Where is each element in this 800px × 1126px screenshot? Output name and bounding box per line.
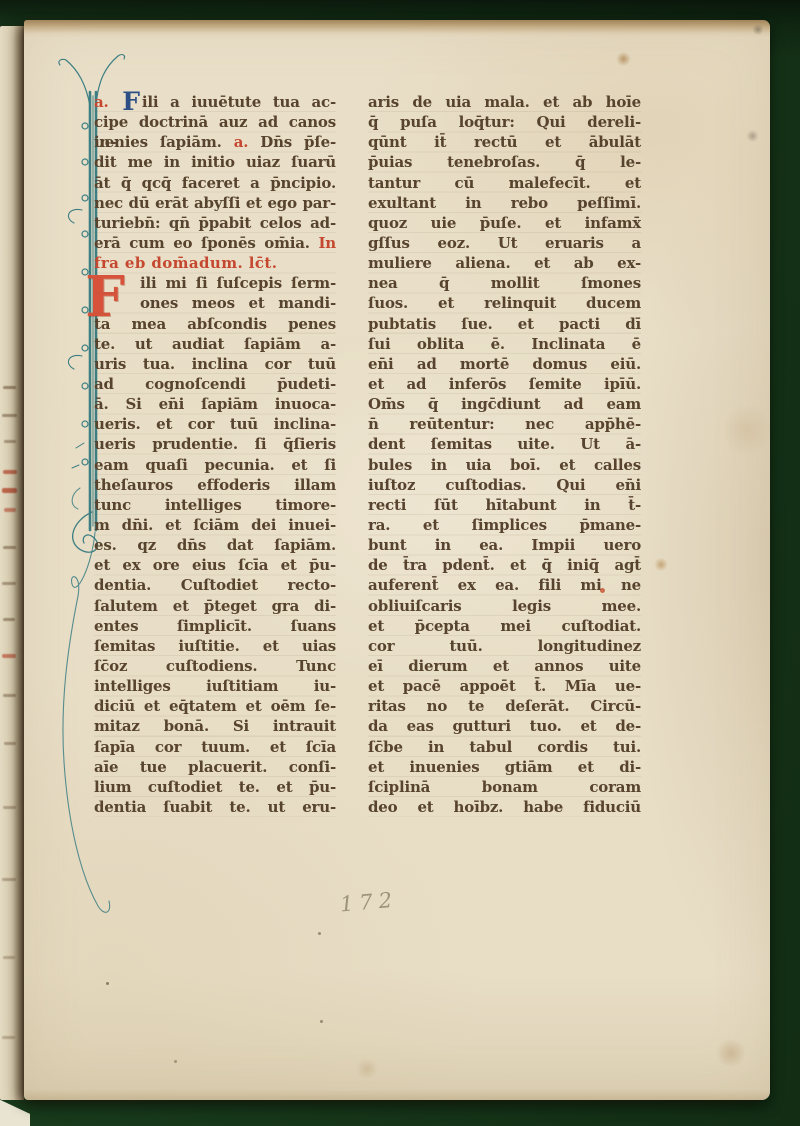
manuscript-text-line: q̄ puſa loq̄tur: Qui dereli- (368, 112, 641, 132)
body-text: ſemitas iuſtitie. et uias (94, 637, 336, 655)
stain-spot (746, 130, 759, 142)
manuscript-page: F a. Fili a iuuētute tua ac-cipe doctrin… (24, 20, 770, 1100)
body-text: tantur cū malefecīt. et (368, 174, 641, 192)
body-text: et pacē appoēt t̄. Mīa ue- (368, 677, 641, 695)
manuscript-text-line: gſſus eoz. Ut eruaris a (368, 233, 641, 253)
bleed-mark (2, 414, 17, 417)
manuscript-text-line: eam quaſi pecunia. et ſi (94, 455, 336, 475)
body-text: ritas no te deſerāt. Circū- (368, 697, 641, 715)
manuscript-text-line: ſemitas iuſtitie. et uias (94, 636, 336, 656)
manuscript-text-line: m dn̄i. et ſciām dei inuei- (94, 515, 336, 535)
body-text: eam quaſi pecunia. et ſi (94, 456, 336, 474)
body-text: nea q̄ mollit ſmones (368, 274, 641, 292)
bleed-mark (3, 546, 16, 549)
stain-spot (714, 1040, 748, 1066)
bleed-mark (4, 742, 16, 745)
ink-speck (106, 982, 109, 985)
manuscript-text-line: intelliges iuſtitiam iu- (94, 676, 336, 696)
manuscript-text-line: aīe tue placuerit. conſi- (94, 757, 336, 777)
stain-spot (616, 52, 631, 66)
body-text: tunc intelliges timore- (94, 496, 336, 514)
manuscript-text-line: obliuiſcaris legis mee. (368, 596, 641, 616)
manuscript-text-line: eī dierum et annos uite (368, 656, 641, 676)
body-text: dent ſemitas uite. Ut ā- (368, 435, 641, 453)
body-text: erā cum eo ſponēs om̄ia. (94, 234, 318, 252)
bleed-mark (3, 956, 15, 959)
manuscript-text-line: ſalutem et p̄teget gra di- (94, 596, 336, 616)
manuscript-text-line: ritas no te deſerāt. Circū- (368, 696, 641, 716)
rubric-text: a. (234, 133, 261, 151)
manuscript-text-line: recti ſūt hītabunt in t̄- (368, 495, 641, 515)
body-text: dentia ſuabit te. ut eru- (94, 798, 336, 816)
body-text: entes ſimplicīt. ſuans (94, 617, 336, 635)
body-text: bules in uia boī. et calles (368, 456, 641, 474)
body-text: ones meos et mandi- (140, 294, 336, 312)
body-text: quoz uie p̄uſe. et infamx̄ (368, 214, 641, 232)
bleed-mark (2, 654, 16, 658)
body-text: iuſtoz cuſtodias. Qui en̄i (368, 476, 641, 494)
manuscript-text-line: fra eb dom̄adum. lc̄t. (94, 253, 336, 273)
body-text: et p̄cepta mei cuſtodiat. (368, 617, 641, 635)
manuscript-text-line: cipe doctrinā auz ad canos in- (94, 112, 336, 132)
manuscript-text-line: da eas gutturi tuo. et de- (368, 716, 641, 736)
body-text: exultant in rebo peſſimī. (368, 194, 641, 212)
body-text: n̄ reūtentur: nec app̄hē- (368, 415, 641, 433)
manuscript-text-line: bunt in ea. Impii uero (368, 535, 641, 555)
body-text: et ad inferōs ſemite ipīū. (368, 375, 641, 393)
manuscript-text-line: cor tuū. longitudinez (368, 636, 641, 656)
ink-speck (320, 1020, 323, 1023)
manuscript-text-line: ſc̄be in tabul cordis tui. (368, 737, 641, 757)
body-text: aīe tue placuerit. conſi- (94, 758, 336, 776)
body-text: diciū et eq̄tatem et oēm ſe- (94, 697, 336, 715)
bleed-mark (3, 470, 17, 474)
body-text: ueris. et cor tuū inclina- (94, 415, 336, 433)
body-text: et inuenies gtiām et di- (368, 758, 641, 776)
manuscript-text-line: ili mi ſi ſuſcepis ſerm- (94, 273, 336, 293)
body-text: nec dū erāt abyſſi et ego par- (94, 194, 336, 212)
manuscript-photo: F a. Fili a iuuētute tua ac-cipe doctrin… (0, 0, 800, 1126)
body-text: q̄ puſa loq̄tur: Qui dereli- (368, 113, 641, 131)
manuscript-text-line: a. Fili a iuuētute tua ac- (94, 92, 336, 112)
manuscript-text-line: nec dū erāt abyſſi et ego par- (94, 193, 336, 213)
body-text: ſapīa cor tuum. et ſcīa (94, 738, 336, 756)
body-text: ā. Si en̄i ſapiām inuoca- (94, 395, 336, 413)
ink-speck (318, 932, 321, 935)
body-text: ſuos. et relinquit ducem (368, 294, 641, 312)
body-text: da eas gutturi tuo. et de- (368, 717, 641, 735)
manuscript-text-line: ad cognoſcendi p̄udeti- (94, 374, 336, 394)
body-text: dit me in initio uiaz ſuarū (94, 153, 336, 171)
facing-page-edge (0, 26, 24, 1100)
manuscript-text-line: tantur cū malefecīt. et (368, 173, 641, 193)
text-column-right: aris de uia mala. et ab hoīeq̄ puſa loq̄… (368, 92, 641, 817)
manuscript-text-line: Om̄s q̄ ingc̄diunt ad eam (368, 394, 641, 414)
bleed-mark (2, 878, 16, 881)
body-text: recti ſūt hītabunt in t̄- (368, 496, 641, 514)
body-text: muliere aliena. et ab ex- (368, 254, 641, 272)
stain-spot (600, 588, 605, 593)
body-text: ſalutem et p̄teget gra di- (94, 597, 336, 615)
manuscript-text-line: deo et hoībz. habe fiduciū (368, 797, 641, 817)
manuscript-text-line: qūnt it̄ rectū et ābulāt (368, 132, 641, 152)
bleed-mark (3, 618, 15, 621)
manuscript-text-line: ſuos. et relinquit ducem (368, 293, 641, 313)
manuscript-text-line: aris de uia mala. et ab hoīe (368, 92, 641, 112)
page-top-edge-stain (24, 20, 770, 33)
bleed-mark (3, 694, 16, 697)
body-text: m dn̄i. et ſciām dei inuei- (94, 516, 336, 534)
body-text: āt q̄ qcq̄ faceret a p̄ncipio. (94, 174, 336, 192)
bleed-mark (3, 386, 16, 389)
body-text: ili mi ſi ſuſcepis ſerm- (140, 274, 336, 292)
body-text: Dn̄s p̄ſe- (260, 133, 336, 151)
manuscript-text-line: ta mea abſcondis penes (94, 314, 336, 334)
ink-speck (174, 1060, 177, 1063)
manuscript-text-line: turiebn̄: qn̄ p̄pabit celos ad- (94, 213, 336, 233)
body-text: mitaz bonā. Si intrauit (94, 717, 336, 735)
stain-spot (752, 24, 764, 35)
manuscript-text-line: entes ſimplicīt. ſuans (94, 616, 336, 636)
manuscript-text-line: n̄ reūtentur: nec app̄hē- (368, 414, 641, 434)
manuscript-text-line: ra. et ſimplices p̄mane- (368, 515, 641, 535)
manuscript-text-line: dit me in initio uiaz ſuarū (94, 152, 336, 172)
manuscript-text-line: ones meos et mandi- (94, 293, 336, 313)
manuscript-text-line: quoz uie p̄uſe. et infamx̄ (368, 213, 641, 233)
body-text: ſc̄oz cuſtodiens. Tunc (94, 657, 336, 675)
manuscript-text-line: en̄i ad mortē domus eiū. (368, 354, 641, 374)
manuscript-text-line: dentia. Cuſtodiet recto- (94, 575, 336, 595)
manuscript-text-line: de t̄ra pdent̄. et q̄ iniq̄ agt̄ (368, 555, 641, 575)
body-text: uenies ſapiām. (94, 133, 234, 151)
manuscript-text-line: pubtatis ſue. et pacti dī (368, 314, 641, 334)
manuscript-text-line: dentia ſuabit te. ut eru- (94, 797, 336, 817)
manuscript-text-line: theſauros effoderis illam (94, 475, 336, 495)
body-text: et ex ore eius ſcīa et p̄u- (94, 556, 336, 574)
folio-number-pencil: 172 (339, 888, 399, 917)
stain-spot (654, 558, 668, 571)
manuscript-text-line: p̄uias tenebroſas. q̄ le- (368, 152, 641, 172)
body-text: turiebn̄: qn̄ p̄pabit celos ad- (94, 214, 336, 232)
manuscript-text-line: mitaz bonā. Si intrauit (94, 716, 336, 736)
manuscript-text-line: et ex ore eius ſcīa et p̄u- (94, 555, 336, 575)
rubric-text: a. (94, 93, 120, 111)
manuscript-text-line: iuſtoz cuſtodias. Qui en̄i (368, 475, 641, 495)
text-column-left: a. Fili a iuuētute tua ac-cipe doctrinā … (94, 92, 336, 817)
body-text: ili a iuuētute tua ac- (142, 93, 336, 111)
manuscript-text-line: et ad inferōs ſemite ipīū. (368, 374, 641, 394)
bleed-mark (2, 488, 17, 493)
body-text: ad cognoſcendi p̄udeti- (94, 375, 336, 393)
body-text: de t̄ra pdent̄. et q̄ iniq̄ agt̄ (368, 556, 641, 574)
body-text: ra. et ſimplices p̄mane- (368, 516, 641, 534)
manuscript-text-line: nea q̄ mollit ſmones (368, 273, 641, 293)
manuscript-text-line: dent ſemitas uite. Ut ā- (368, 434, 641, 454)
manuscript-text-line: es. qz dn̄s dat ſapiām. (94, 535, 336, 555)
manuscript-text-line: ſapīa cor tuum. et ſcīa (94, 737, 336, 757)
bleed-mark (3, 806, 16, 809)
manuscript-text-line: exultant in rebo peſſimī. (368, 193, 641, 213)
body-text: Om̄s q̄ ingc̄diunt ad eam (368, 395, 641, 413)
body-text: eī dierum et annos uite (368, 657, 641, 675)
bleed-mark (4, 508, 16, 512)
body-text: bunt in ea. Impii uero (368, 536, 641, 554)
manuscript-text-line: āt q̄ qcq̄ faceret a p̄ncipio. (94, 173, 336, 193)
manuscript-text-line: ueris prudentie. ſi q̄ſieris (94, 434, 336, 454)
body-text: ſc̄be in tabul cordis tui. (368, 738, 641, 756)
manuscript-text-line: lium cuſtodiet te. et p̄u- (94, 777, 336, 797)
manuscript-text-line: et pacē appoēt t̄. Mīa ue- (368, 676, 641, 696)
manuscript-text-line: ueris. et cor tuū inclina- (94, 414, 336, 434)
body-text: ta mea abſcondis penes (94, 315, 336, 333)
body-text: ſciplinā bonam coram (368, 778, 641, 796)
manuscript-text-line: ſciplinā bonam coram (368, 777, 641, 797)
body-text: ueris prudentie. ſi q̄ſieris (94, 435, 336, 453)
body-text: theſauros effoderis illam (94, 476, 336, 494)
manuscript-text-line: te. ut audiat ſapiām a- (94, 334, 336, 354)
manuscript-text-line: tunc intelliges timore- (94, 495, 336, 515)
manuscript-text-line: ſc̄oz cuſtodiens. Tunc (94, 656, 336, 676)
manuscript-text-line: bules in uia boī. et calles (368, 455, 641, 475)
stain-spot (724, 400, 770, 460)
manuscript-text-line: uris tua. inclina cor tuū (94, 354, 336, 374)
body-text: en̄i ad mortē domus eiū. (368, 355, 641, 373)
manuscript-text-line: diciū et eq̄tatem et oēm ſe- (94, 696, 336, 716)
bleed-mark (2, 1036, 15, 1039)
body-text: te. ut audiat ſapiām a- (94, 335, 336, 353)
bleed-mark (4, 440, 16, 443)
body-text: aris de uia mala. et ab hoīe (368, 93, 641, 111)
body-text: qūnt it̄ rectū et ābulāt (368, 133, 641, 151)
manuscript-text-line: et p̄cepta mei cuſtodiat. (368, 616, 641, 636)
body-text: intelliges iuſtitiam iu- (94, 677, 336, 695)
body-text: gſſus eoz. Ut eruaris a (368, 234, 641, 252)
manuscript-text-line: ā. Si en̄i ſapiām inuoca- (94, 394, 336, 414)
manuscript-text-line: et inuenies gtiām et di- (368, 757, 641, 777)
body-text: ſui oblita ē. Inclinata ē (368, 335, 641, 353)
body-text: es. qz dn̄s dat ſapiām. (94, 536, 336, 554)
manuscript-text-line: erā cum eo ſponēs om̄ia. In (94, 233, 336, 253)
body-text: pubtatis ſue. et pacti dī (368, 315, 641, 333)
body-text: lium cuſtodiet te. et p̄u- (94, 778, 336, 796)
body-text: deo et hoībz. habe fiduciū (368, 798, 641, 816)
manuscript-text-line: uenies ſapiām. a. Dn̄s p̄ſe- (94, 132, 336, 152)
body-text: p̄uias tenebroſas. q̄ le- (368, 153, 641, 171)
bleed-mark (2, 582, 16, 585)
rubric-text: fra eb dom̄adum. lc̄t. (94, 254, 277, 272)
stain-spot (354, 1060, 380, 1078)
body-text: dentia. Cuſtodiet recto- (94, 576, 336, 594)
manuscript-text-line: muliere aliena. et ab ex- (368, 253, 641, 273)
body-text: cor tuū. longitudinez (368, 637, 641, 655)
manuscript-text-line: ſui oblita ē. Inclinata ē (368, 334, 641, 354)
body-text: uris tua. inclina cor tuū (94, 355, 336, 373)
rubric-text: In (318, 234, 336, 252)
body-text: obliuiſcaris legis mee. (368, 597, 641, 615)
